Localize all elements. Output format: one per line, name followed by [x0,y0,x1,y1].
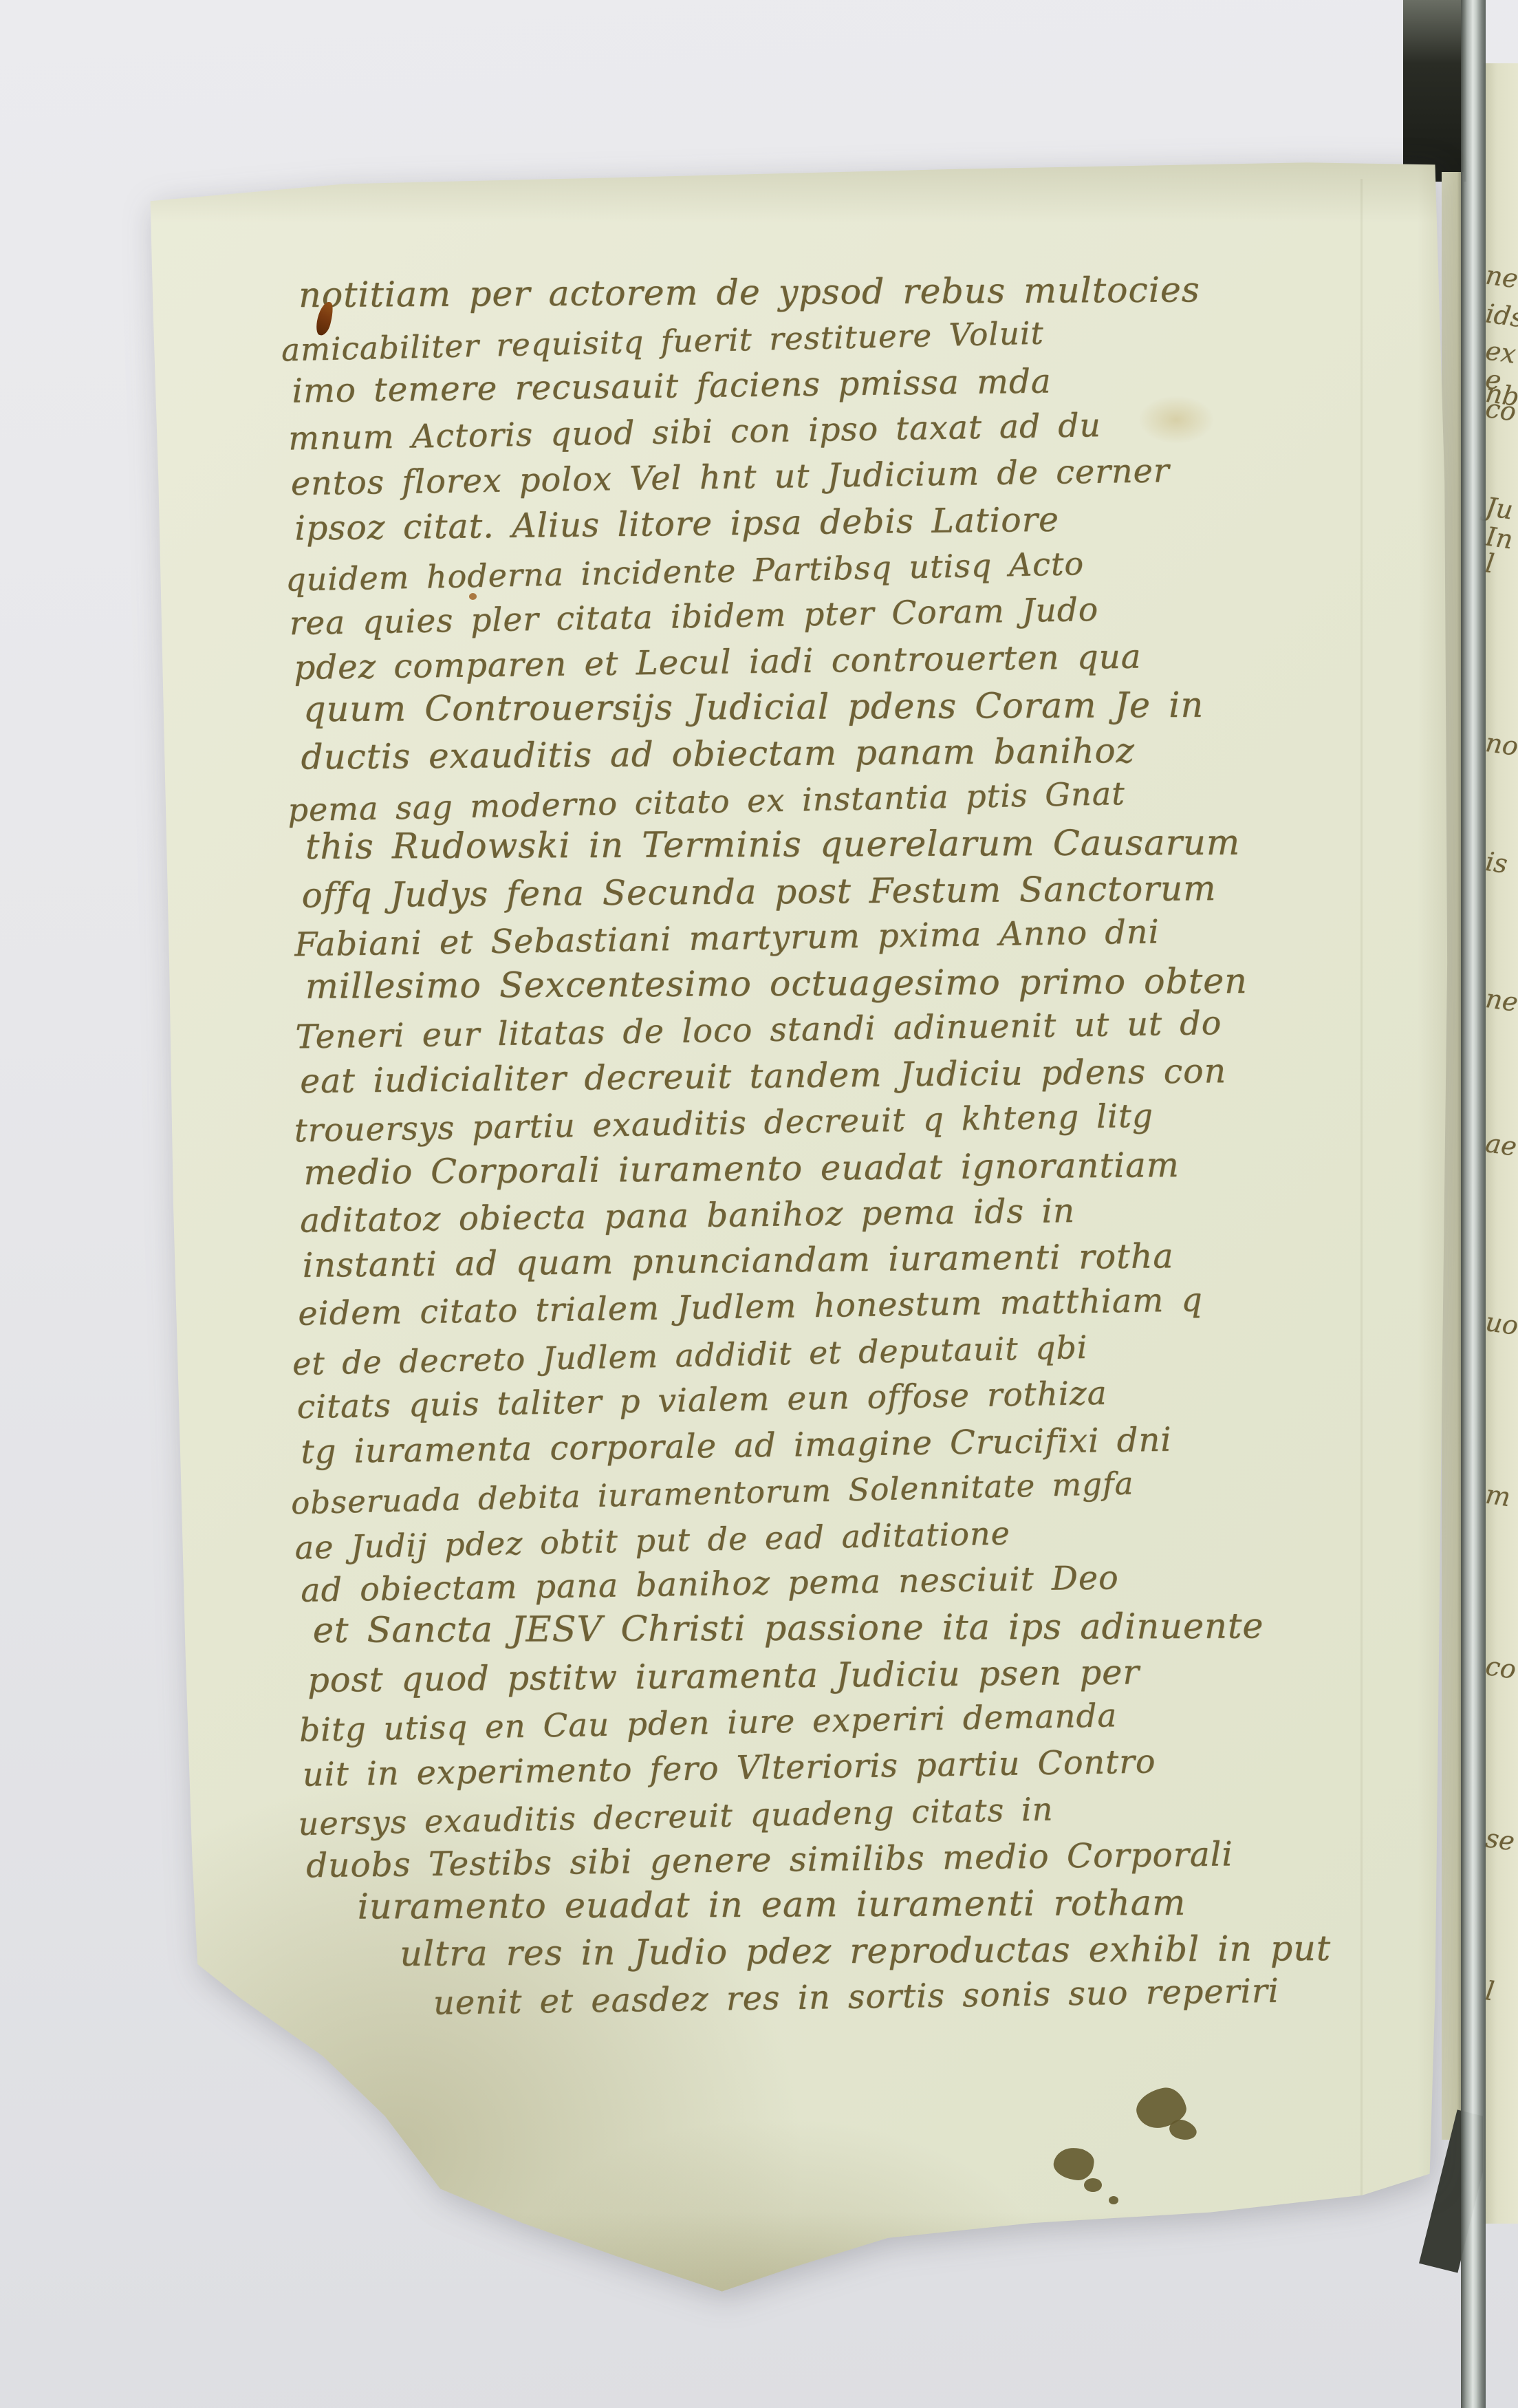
manuscript-line: eidem citato trialem Judlem honestum mat… [298,1281,1388,1331]
manuscript-line: ultra res in Judio pdez reproductas exhi… [400,1931,1394,1970]
manuscript-line: this Rudowski in Terminis querelarum Cau… [305,826,1383,864]
manuscript-line: uenit et easdez res in sortis sonis suo … [433,1973,1394,2020]
ink-blot [1084,2178,1102,2192]
manuscript-line: et Sancta JESV Christi passione ita ips … [312,1610,1391,1648]
manuscript-line: uit in experimento fero Vlterioris parti… [302,1742,1392,1792]
manuscript-line: imo temere recusauit faciens pmissa mda [292,361,1379,407]
manuscript-line: ductis exauditis ad obiectam panam banih… [301,732,1383,773]
manuscript-line: notitiam per actorem de ypsod rebus mult… [299,272,1378,312]
manuscript-line: pema sag moderno citato ex instantia pti… [288,771,1383,826]
manuscript-line: ad obiectam pana banihoz pema nesciuit D… [301,1558,1391,1608]
manuscript-line: mnum Actoris quod sibi con ipso taxat ad… [288,405,1379,455]
manuscript-line: bitg utisq en Cau pden iure experiri dem… [299,1695,1391,1748]
photograph-background: necidsexenbcoJuInlnoisneaeuomcosel notit… [0,0,1518,2408]
manuscript-line: millesimo Sexcentesimo octuagesimo primo… [305,964,1385,1003]
manuscript-line: trouersys partiu exauditis decreuit q kh… [294,1095,1386,1148]
manuscript-line: quum Controuersijs Judicial pdens Coram … [303,687,1382,726]
manuscript-line: duobs Testibs sibi genere similibs medio… [306,1836,1393,1882]
manuscript-line: instanti ad quam pnunciandam iuramenti r… [302,1238,1387,1282]
manuscript-line: uersys exauditis decreuit quadeng citats… [298,1786,1393,1840]
manuscript-line: medio Corporali iuramento euadat ignoran… [303,1146,1387,1189]
tan-stain [1138,396,1214,444]
manuscript-line: post quod pstitw iuramenta Judiciu psen … [307,1653,1391,1697]
manuscript-line: ipsoz citat. Alius litore ipsa debis Lat… [294,499,1380,545]
ink-blot [1109,2196,1118,2204]
manuscript-line: rea quies pler citata ibidem pter Coram … [289,589,1381,641]
manuscript-text: notitiam per actorem de ypsod rebus mult… [288,270,1394,2032]
manuscript-line: citats quis taliter p vialem eun offose … [296,1373,1389,1424]
manuscript-line: Teneri eur litatas de loco standi adinue… [295,1004,1385,1054]
manuscript-line: et de decreto Judlem addidit et deputaui… [292,1324,1389,1380]
manuscript-line: amicabiliter requisitq fuerit restituere… [281,309,1378,367]
manuscript-line: tg iuramenta corporale ad imagine Crucif… [301,1420,1389,1468]
manuscript-line: quidem hoderna incidente Partibsq utisq … [285,541,1381,596]
manuscript-line: obseruada debita iuramentorum Solennitat… [291,1461,1390,1520]
manuscript-line: Fabiani et Sebastiani martyrum pxima Ann… [294,912,1384,962]
manuscript-line: iuramento euadat in eam iuramenti rotham [358,1886,1394,1924]
manuscript-line: offq Judys fena Secunda post Festum Sanc… [302,870,1384,912]
rust-dot [469,593,477,600]
manuscript-line: pdez comparen et Lecul iadi controuerten… [294,637,1381,685]
manuscript-line: aditatoz obiecta pana banihoz pema ids i… [299,1190,1387,1237]
manuscript-line: eat iudicialiter decreuit tandem Judiciu… [300,1053,1385,1098]
manuscript-line: entos florex polox Vel hnt ut Judicium d… [290,452,1380,501]
